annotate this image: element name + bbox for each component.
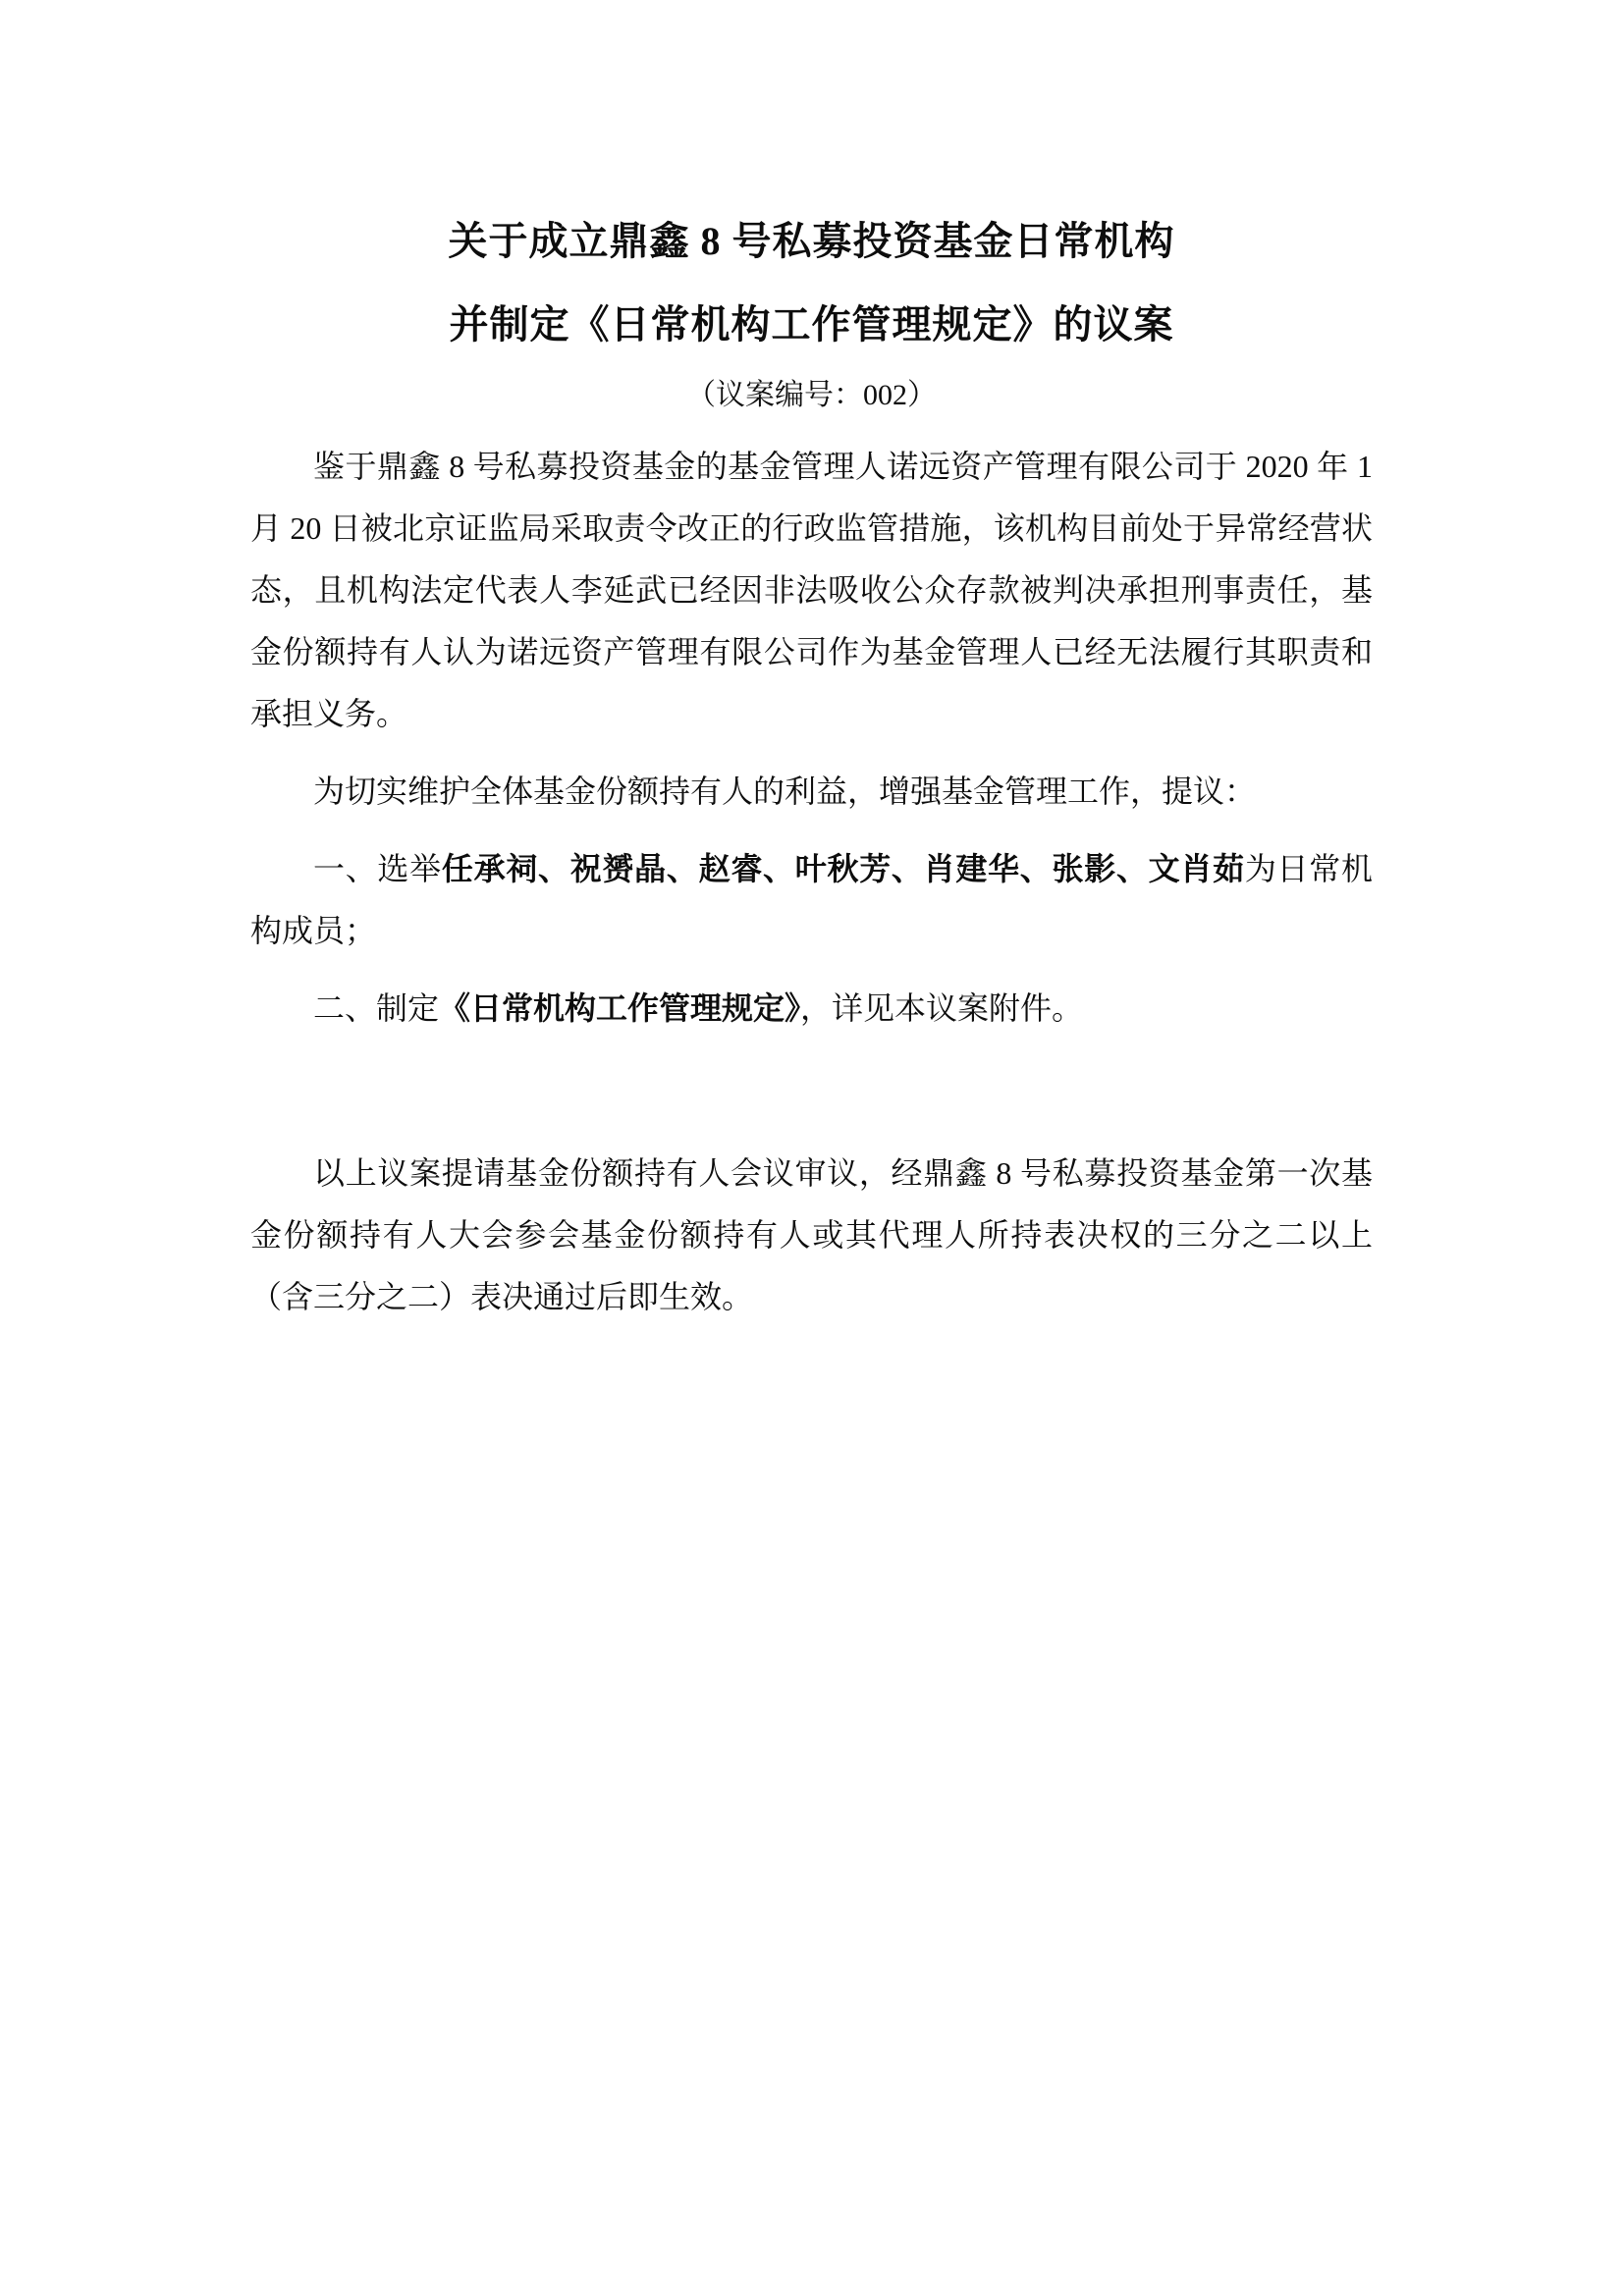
proposal-number: （议案编号：002）	[250, 381, 1373, 410]
paragraph-proposal-intro: 为切实维护全体基金份额持有人的利益，增强基金管理工作，提议：	[250, 761, 1373, 823]
list-item-2: 二、制定《日常机构工作管理规定》，详见本议案附件。	[250, 978, 1373, 1040]
list-item-1-prefix: 一、选举	[313, 851, 442, 886]
document-page: 关于成立鼎鑫 8 号私募投资基金日常机构 并制定《日常机构工作管理规定》的议案 …	[0, 0, 1624, 2296]
list-item-2-suffix: ，详见本议案附件。	[800, 990, 1083, 1026]
document-title-line2: 并制定《日常机构工作管理规定》的议案	[250, 301, 1373, 348]
regulation-title: 《日常机构工作管理规定》	[439, 990, 800, 1026]
document-title-line1: 关于成立鼎鑫 8 号私募投资基金日常机构	[250, 218, 1373, 265]
paragraph-effectiveness: 以上议案提请基金份额持有人会议审议，经鼎鑫 8 号私募投资基金第一次基金份额持有…	[250, 1143, 1373, 1328]
list-item-1: 一、选举任承祠、祝赟晶、赵睿、叶秋芳、肖建华、张影、文肖茹为日常机构成员；	[250, 838, 1373, 962]
paragraph-background: 鉴于鼎鑫 8 号私募投资基金的基金管理人诺远资产管理有限公司于 2020 年 1…	[250, 436, 1373, 745]
member-names: 任承祠、祝赟晶、赵睿、叶秋芳、肖建华、张影、文肖茹	[442, 851, 1245, 886]
document-content: 关于成立鼎鑫 8 号私募投资基金日常机构 并制定《日常机构工作管理规定》的议案 …	[250, 218, 1373, 1328]
list-item-2-prefix: 二、制定	[313, 990, 439, 1026]
